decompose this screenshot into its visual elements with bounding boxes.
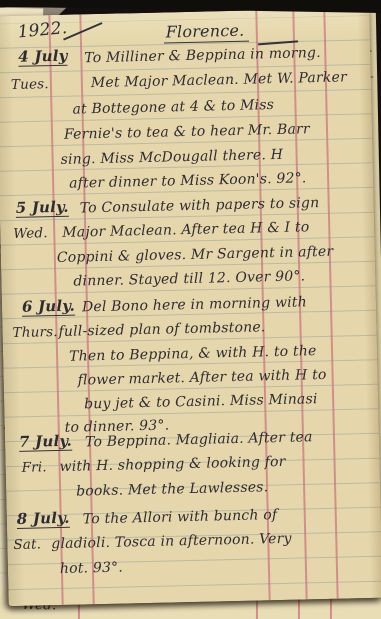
diary-line: sing. Miss McDougall there. H [60, 148, 283, 167]
diary-line: Coppini & gloves. Mr Sargent in after [57, 245, 334, 265]
entry-weekday: Thurs. [12, 326, 58, 341]
diary-line: full-sized plan of tombstone. [58, 320, 265, 339]
diary-line: with H. shopping & looking for [59, 455, 285, 474]
diary-line: Then to Beppina, & with H. to the [69, 344, 317, 364]
diary-line: flower market. After tea with H to [77, 368, 326, 388]
entry-date: 8 July. [17, 511, 70, 529]
scanned-diary-photo: 19 2 Wed. 1922. Florence. 4 July To Mill… [0, 0, 381, 619]
diary-line: To Consulate with papers to sign [80, 196, 320, 215]
entry-weekday: Wed. [13, 227, 48, 241]
diary-line: Fernie's to tea & to hear Mr. Barr [64, 122, 310, 142]
diary-line: To the Allori with bunch of [83, 508, 278, 526]
entry-date: 6 July. [22, 299, 75, 317]
pen-flourish [258, 40, 298, 45]
entry-date: 7 July. [19, 434, 72, 452]
diary-line: dinner. Stayed till 12. Over 90°. [73, 269, 305, 288]
page-title: Florence. [164, 23, 249, 44]
diary-line: Del Bono here in morning with [82, 295, 307, 314]
diary-line: buy jet & to Casini. Miss Minasi [84, 392, 318, 411]
diary-line: To Beppina. Magliaia. After tea [85, 430, 313, 449]
entry-date: 4 July [18, 49, 68, 67]
diary-line: hot. 93°. [60, 561, 123, 576]
diary-line: at Bottegone at 4 & to Miss [72, 98, 274, 117]
diary-line: books. Met the Lawlesses. [76, 480, 268, 498]
diary-line: Major Maclean. After tea H & I to [62, 220, 309, 240]
diary-page: 1922. Florence. 4 July To Milliner & Bep… [0, 8, 381, 606]
year-label: 1922. [17, 20, 68, 42]
diary-line: To Milliner & Beppina in morng. [84, 46, 321, 65]
entry-weekday: Tues. [11, 78, 49, 92]
diary-line: after dinner to Miss Koon's. 92°. [69, 171, 307, 190]
diary-line: Met Major Maclean. Met W. Parker [91, 70, 347, 90]
pen-flourish [63, 22, 102, 40]
red-margin-line [323, 9, 338, 599]
diary-line: gladioli. Tosca in afternoon. Very [51, 532, 292, 551]
entry-weekday: Fri. [21, 461, 47, 475]
entry-date: 5 July. [16, 200, 69, 218]
entry-weekday: Sat. [13, 538, 41, 552]
